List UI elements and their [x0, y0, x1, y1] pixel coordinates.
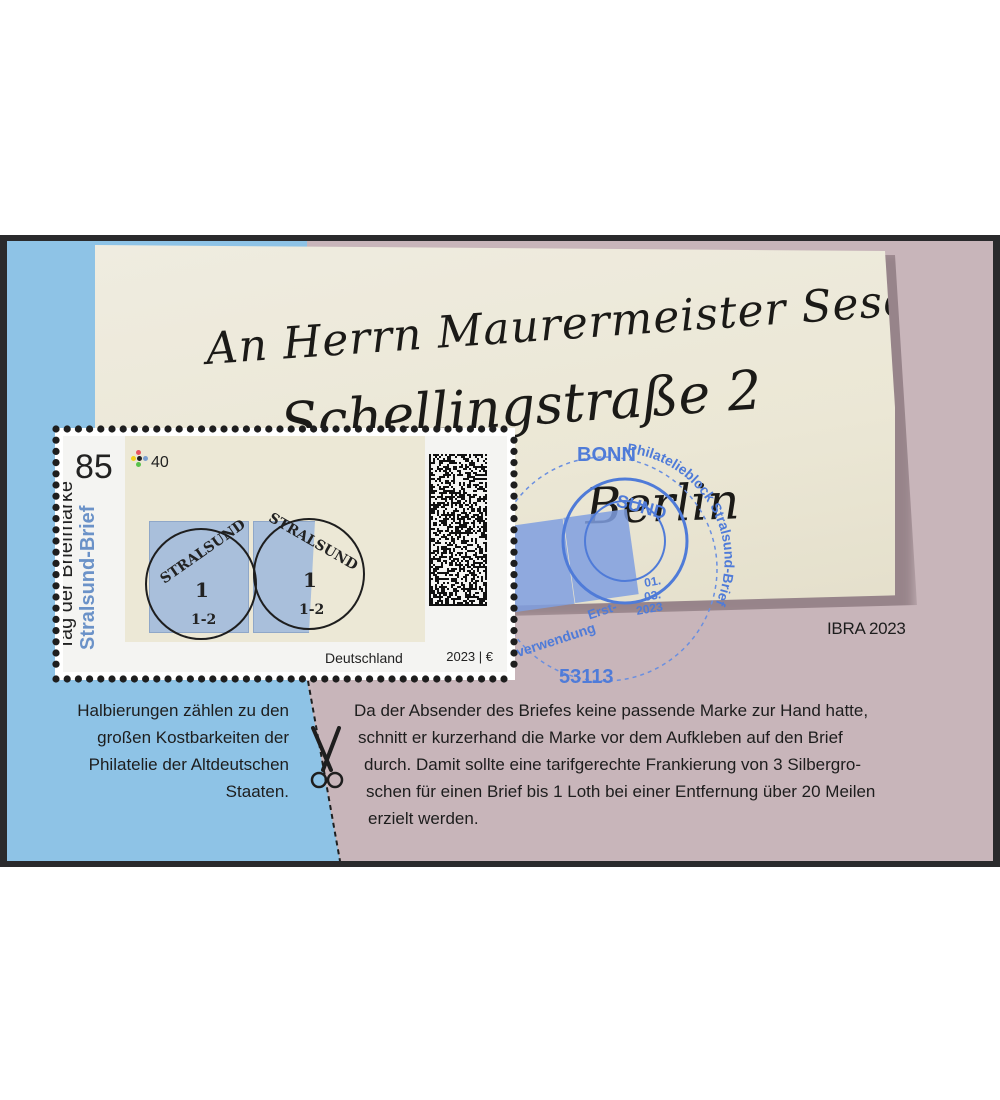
postmark-arc-text: Philatelieblock Stralsund-Brief: [627, 440, 737, 609]
stamp-title: Tag der Briefmarke Stralsund-Brief: [63, 481, 99, 650]
cancel-ring-right: STRALSUND 1 1-2: [253, 518, 365, 630]
stamp-photo: STRALSUND 1 1-2 STRALSUND 1 1-2: [125, 436, 425, 642]
stamp-title-line2: Stralsund-Brief: [77, 481, 99, 650]
stamp-design: STRALSUND 1 1-2 STRALSUND 1 1-2 85: [63, 436, 507, 672]
stamp-surcharge: 40: [151, 454, 169, 472]
scissors-icon: [309, 726, 345, 796]
stamp-country: Deutschland: [325, 650, 403, 666]
right-caption: Da der Absender des Briefes keine passen…: [354, 697, 974, 832]
stamp-year: 2023 | €: [446, 649, 493, 664]
left-caption: Halbierungen zählen zu den großen Kostba…: [27, 697, 289, 805]
cancel-ring-left: STRALSUND 1 1-2: [145, 528, 257, 640]
ibra-label: IBRA 2023: [827, 619, 906, 639]
stamp-title-line1: Tag der Briefmarke: [63, 481, 77, 650]
datamatrix-code: [429, 454, 487, 606]
postmark-postcode: 53113: [559, 666, 614, 688]
first-day-postmark: BONN SUND Philatelieblock Stralsund-Brie…: [477, 431, 737, 691]
sheet-background: An Herrn Maurermeister Sesenwitz Schelli…: [7, 241, 993, 861]
postmark-label-bottom: verwendung: [514, 619, 597, 660]
souvenir-sheet: An Herrn Maurermeister Sesenwitz Schelli…: [0, 235, 1000, 867]
postmark-label-top: Erst-: [586, 599, 619, 622]
envelope-address-line1: An Herrn Maurermeister Sesenwitz: [204, 266, 993, 375]
color-dots-icon: [131, 450, 147, 478]
postage-stamp: STRALSUND 1 1-2 STRALSUND 1 1-2 85: [55, 428, 515, 680]
